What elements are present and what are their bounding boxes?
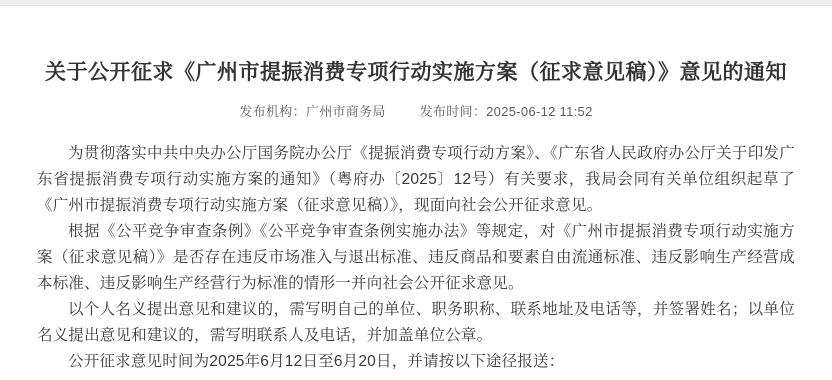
publish-agency: 发布机构：广州市商务局 (239, 104, 389, 119)
notice-paragraph: 公开征求意见时间为2025年6月12日至6月20日，并请按以下途径报送： (37, 349, 795, 375)
publish-agency-value: 广州市商务局 (306, 104, 386, 119)
page-top-bar (0, 0, 832, 6)
notice-paragraph: 以个人名义提出意见和建议的，需写明自己的单位、职务职称、联系地址及电话等，并签署… (37, 297, 795, 349)
publish-time-label: 发布时间： (420, 104, 487, 119)
publish-time-value: 2025-06-12 11:52 (486, 104, 592, 119)
publish-agency-label: 发布机构： (239, 104, 306, 119)
notice-title: 关于公开征求《广州市提振消费专项行动实施方案（征求意见稿）》意见的通知 (43, 58, 789, 88)
publish-meta: 发布机构：广州市商务局 发布时间：2025-06-12 11:52 (37, 101, 795, 120)
notice-paragraph: 为贯彻落实中共中央办公厅国务院办公厅《提振消费专项行动方案》、《广东省人民政府办… (37, 141, 795, 219)
publish-time: 发布时间：2025-06-12 11:52 (420, 104, 593, 119)
notice-body: 为贯彻落实中共中央办公厅国务院办公厅《提振消费专项行动方案》、《广东省人民政府办… (37, 141, 795, 375)
notice-paragraph: 根据《公平竞争审查条例》《公平竞争审查条例实施办法》等规定，对《广州市提振消费专… (37, 219, 795, 297)
notice-page: 关于公开征求《广州市提振消费专项行动实施方案（征求意见稿）》意见的通知 发布机构… (0, 58, 832, 375)
